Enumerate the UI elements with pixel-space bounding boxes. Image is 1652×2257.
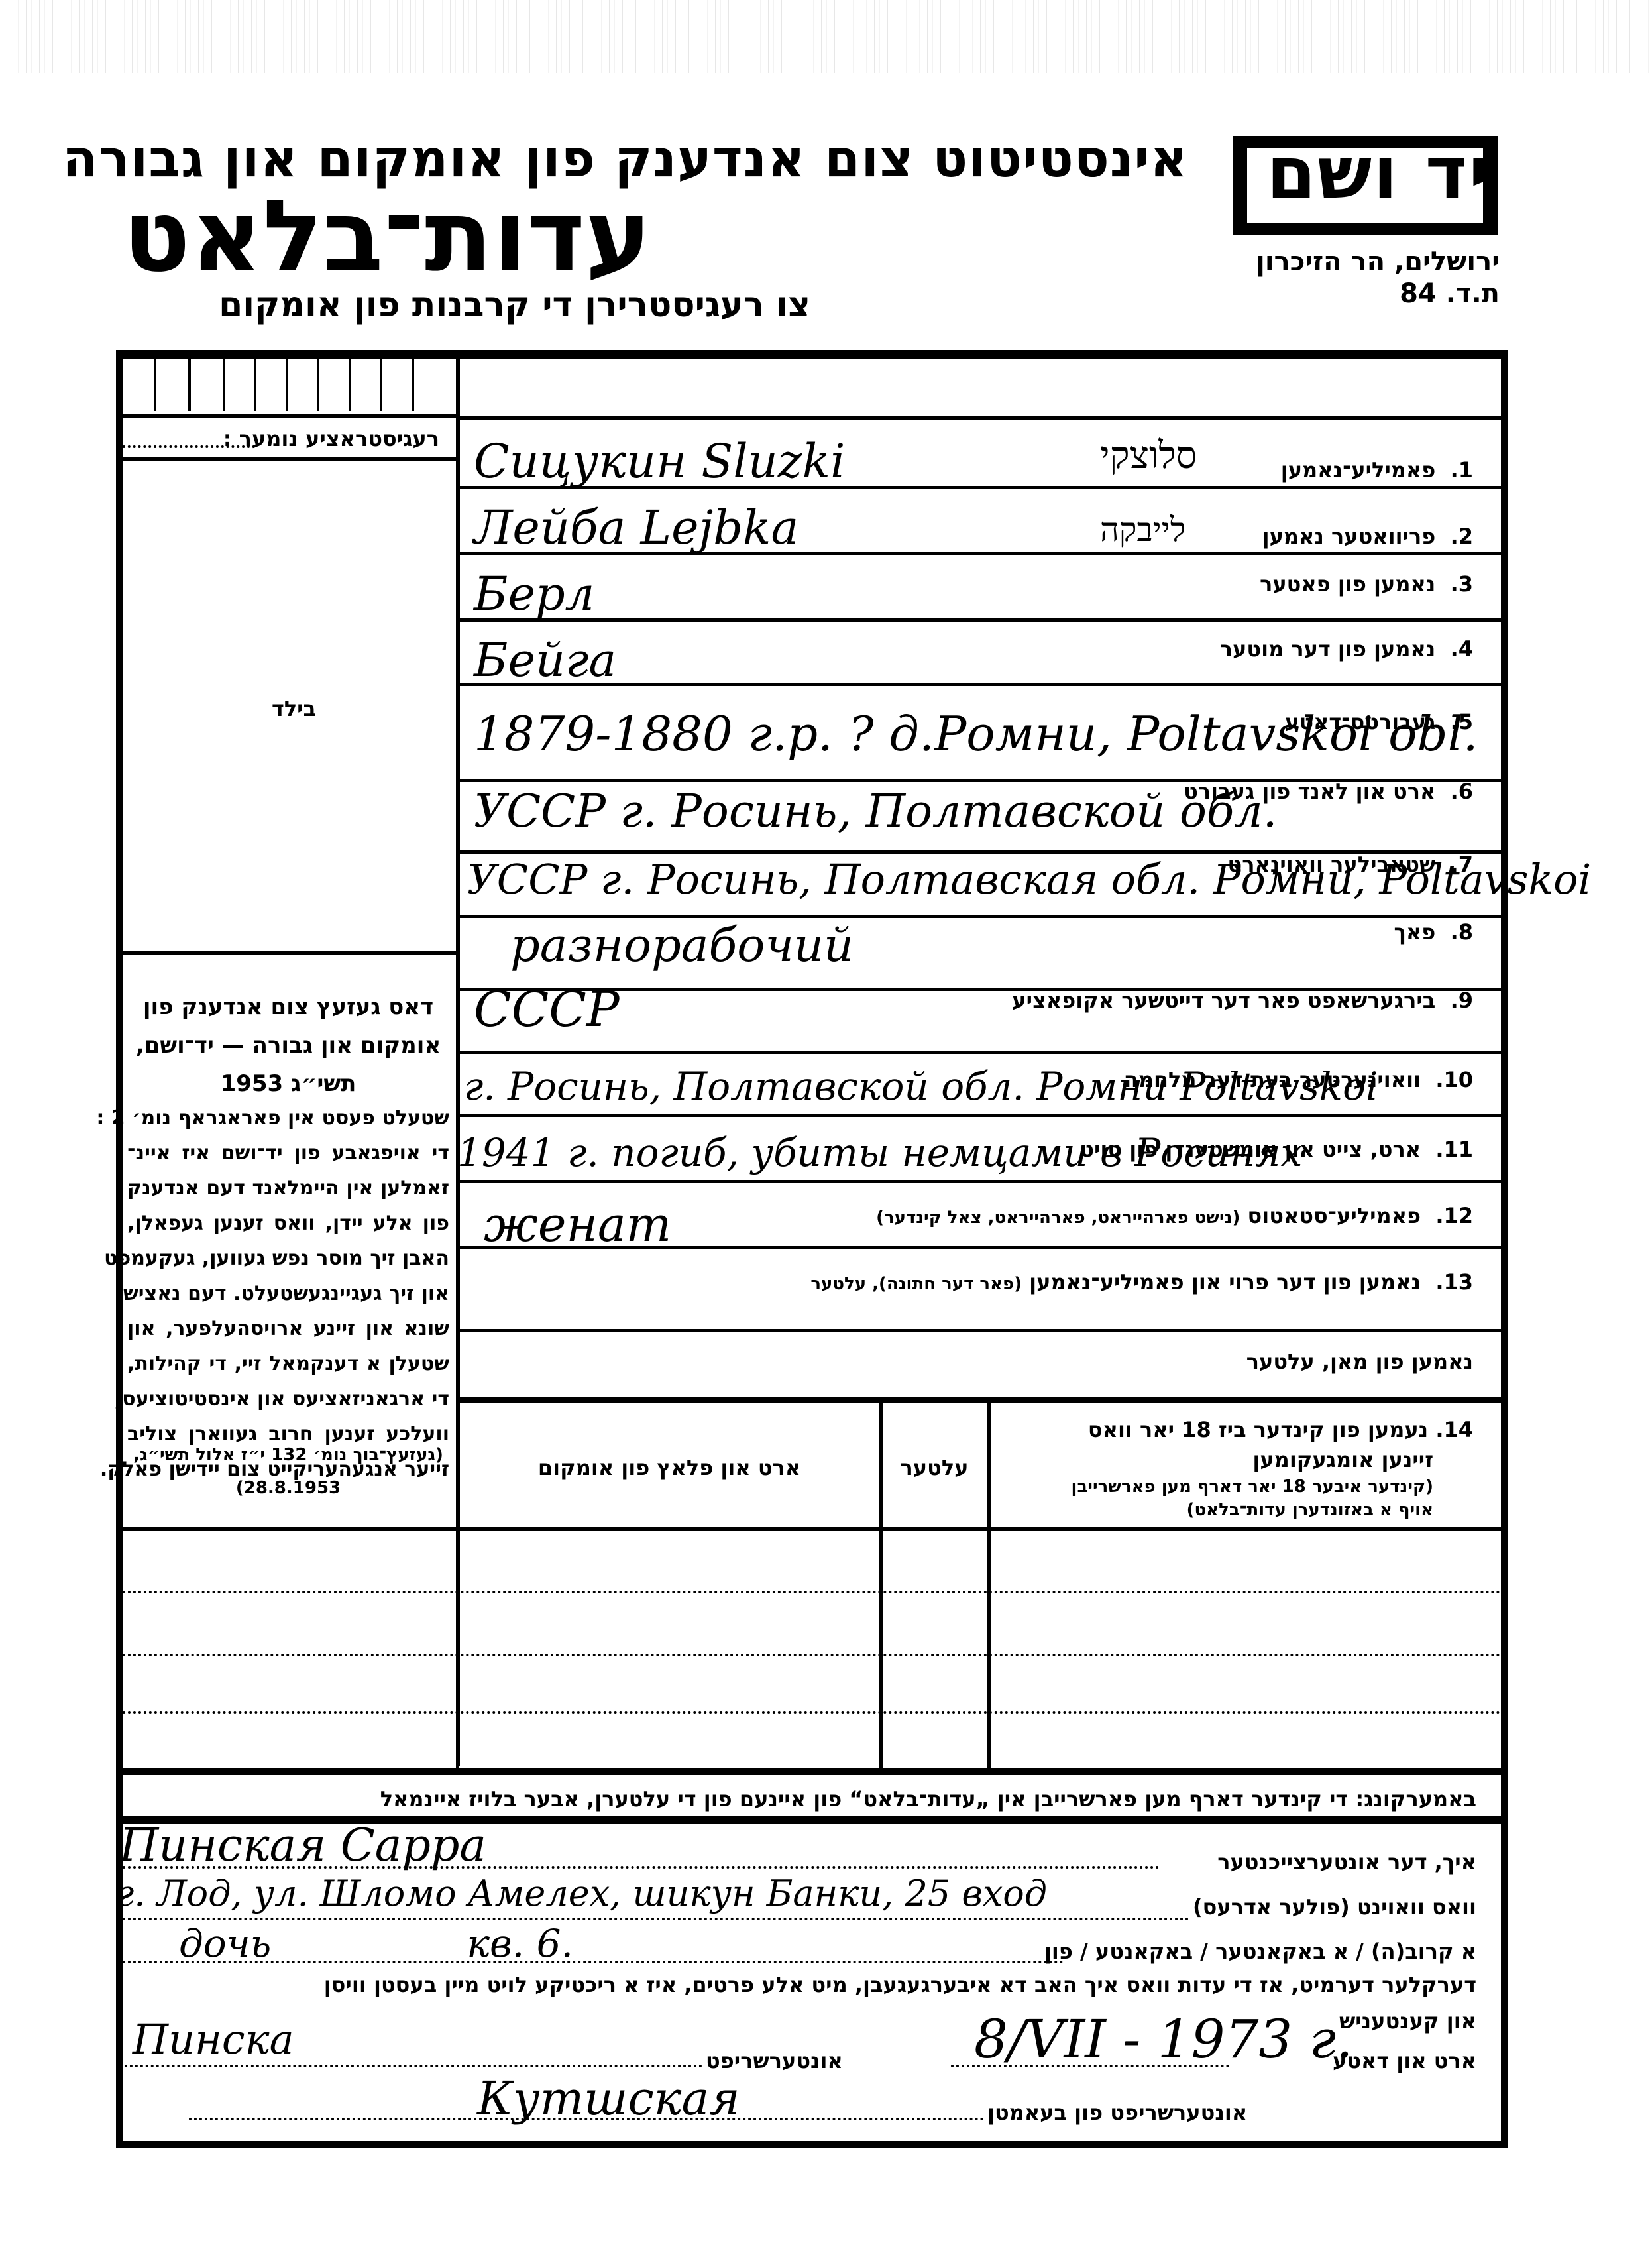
table-header-divider	[119, 1527, 1504, 1531]
field-label-first-name: 2. פריוואטער נאמען	[1262, 524, 1473, 549]
field-label-family-name: 1. פאמיליע־נאמען	[1281, 457, 1473, 483]
law-text-line: האבן זיך מוסר נפש געווען, געקעמפט	[127, 1241, 449, 1276]
law-title: דאס געזעץ צום אנדענק פון אומקום און גבור…	[129, 988, 447, 1103]
signature-line	[119, 2065, 702, 2067]
field-value-first-name[interactable]: Лейба Lejbka	[474, 500, 798, 555]
law-title-line: דאס געזעץ צום אנדענק פון	[129, 988, 447, 1026]
declarant-address-value[interactable]: г. Лод, ул. Шломо Амелех, шикун Банки, 2…	[116, 1873, 1047, 1914]
address-line-1: ירושלים, הר הזיכרון	[1256, 247, 1500, 277]
yad-vashem-logo: יד ושם	[1233, 136, 1498, 235]
divider	[119, 457, 457, 461]
field-value-birth-date[interactable]: 1879-1880 г.р. ? д.Ромни, Poltavskoi obl…	[474, 706, 1478, 762]
row-divider	[457, 1114, 1504, 1117]
row-divider	[457, 416, 1504, 420]
table-row[interactable]	[123, 1533, 1501, 1591]
children-table-body	[123, 1533, 1501, 1771]
field-note-first-name-hebrew: לייבקה	[1100, 510, 1185, 549]
logo-text: יד ושם	[1266, 132, 1491, 215]
field-value-citizenship[interactable]: СССР	[474, 981, 620, 1038]
place-date-label: ארט און דאטע	[1333, 2048, 1476, 2073]
field-label-profession: 8. פאך	[1394, 919, 1473, 945]
declarant-name-value[interactable]: Пинская Сарра	[119, 1820, 486, 1872]
field-value-wartime-residence[interactable]: г. Росинь, Полтавской обл. Ромни Poltavs…	[464, 1064, 1378, 1109]
place-date-value[interactable]: 8/VII - 1973 г.	[974, 2008, 1353, 2070]
col-header-place: ארט און פלאץ פון אומקום	[464, 1455, 875, 1480]
field-label-father-name: 3. נאמען פון פאטער	[1260, 571, 1473, 597]
row-divider	[457, 1180, 1504, 1183]
page-subtitle: צו רעגיסטרירן די קרבנות פון אומקום	[219, 285, 810, 325]
official-signature-value[interactable]: Кутшская	[477, 2071, 740, 2126]
declarant-relation-label: א קרוב(ה) / א באקאנטער / באקאנטע / פון	[1044, 1939, 1476, 1964]
row-divider	[457, 618, 1504, 622]
law-text-line: די אויפגאבע פון יד־ושם איז איינ־	[127, 1135, 449, 1171]
divider	[119, 951, 457, 955]
photo-label: בילד	[272, 696, 316, 721]
note-text: באמערקונג: די קינדער דארף מען פארשרייבן …	[380, 1786, 1476, 1812]
table-row[interactable]	[123, 1714, 1501, 1770]
field-label-mother-name: 4. נאמען פון דער מוטער	[1220, 636, 1473, 662]
declarant-address-label: וואס וואוינט (פולער אדרעס)	[1193, 1894, 1476, 1920]
scan-noise	[0, 0, 1652, 73]
law-text: שטעלט פעסט אין פאראגראף נומ׳ 2 : די אויפ…	[127, 1100, 449, 1487]
declaration-text: דערקלער דערמיט, אז די עדות וואס איך האב …	[324, 1972, 1476, 1997]
row-divider	[457, 1329, 1504, 1332]
signature-label: אונטערשריפט	[706, 2048, 843, 2073]
law-text-line: די ארגאניזאציעס און אינסטיטוציעס,	[127, 1381, 449, 1417]
law-title-line: תשי״ג 1953	[129, 1065, 447, 1103]
registration-number-field[interactable]	[123, 445, 255, 448]
children-header-line2: זיינען אומגעקומען	[1252, 1447, 1433, 1472]
field-value-mother-name[interactable]: Бейга	[474, 633, 616, 687]
page-title: עדות־בלאט	[123, 179, 651, 294]
note-divider-top	[119, 1768, 1504, 1775]
field-value-permanent-residence[interactable]: УССР г. Росинь, Полтавская обл. Ромни, P…	[467, 855, 1591, 903]
declaration-text-2: און קענטעניש	[1339, 2008, 1476, 2034]
field-value-profession[interactable]: разнорабочий	[510, 918, 854, 972]
law-text-line: פון אלע יידן, וואס זענען געפאלן,	[127, 1206, 449, 1241]
declarant-address-line	[123, 1918, 1189, 1920]
table-row[interactable]	[123, 1593, 1501, 1653]
address-line-2: ת.ד. 84	[1400, 278, 1500, 309]
field-note-family-name-hebrew: סלוצקי	[1100, 434, 1197, 477]
divider	[119, 414, 457, 418]
field-value-family-name[interactable]: Сицукин Sluzki	[474, 434, 845, 489]
law-reference: (געזעץ־בוך נומ׳ 132 י״ז אלול תשי״ג,	[129, 1445, 447, 1465]
declarant-relation-value[interactable]: дочь кв. 6.	[179, 1921, 573, 1966]
declarant-name-label: איך, דער אונטערצייכנטער	[1217, 1849, 1476, 1875]
field-value-father-name[interactable]: Берл	[474, 567, 594, 621]
field-label-husband-name: נאמען פון מאן, עלטער	[1246, 1349, 1473, 1374]
table-row[interactable]	[123, 1656, 1501, 1711]
law-text-line: שונא און זיינע ארויסהעלפער, און	[127, 1311, 449, 1346]
law-reference-date: (28.8.1953	[129, 1478, 447, 1498]
col-header-age: עלטער	[888, 1455, 981, 1480]
row-divider	[457, 1397, 1504, 1403]
field-label-citizenship: 9. בירגערשאפט פאר דער דייטשער אקופאציע	[1012, 988, 1473, 1013]
field-value-family-status[interactable]: женат	[484, 1196, 671, 1252]
children-note-line2: אויף א באזונדערן עדות־בלאט)	[1187, 1500, 1433, 1520]
law-text-line: שטעלן א דענקמאל זיי, די קהילות,	[127, 1346, 449, 1381]
signature-value[interactable]: Пинска	[133, 2015, 294, 2063]
row-divider	[457, 1051, 1504, 1054]
law-text-line: און זיך געגיינגעשטעלט. דעם נאציש	[127, 1276, 449, 1311]
law-title-line: אומקום און גבורה — יד־ושם,	[129, 1026, 447, 1065]
field-label-family-status: 12. פאמיליע־סטאטוס (נישט פארהייראט, פארה…	[876, 1203, 1473, 1228]
children-note-line1: (קינדער איבער 18 יאר דארף מען פארשרייבן	[1072, 1477, 1433, 1497]
official-signature-label: אונטערשריפט פון בעאמטן	[987, 2100, 1247, 2125]
law-text-line: זאמלען אין היימלאנד דעם אנדענק	[127, 1171, 449, 1206]
registration-boxes[interactable]	[154, 358, 439, 414]
registration-number-label: רעגיסטראציע נומער :	[223, 426, 439, 451]
law-text-line: שטעלט פעסט אין פאראגראף נומ׳ 2 :	[127, 1100, 449, 1135]
field-value-death-circumstances[interactable]: 1941 г. погиб, убиты немцами в Росинях	[457, 1130, 1302, 1175]
field-label-wife-name: 13. נאמען פון דער פרוי און פאמיליע־נאמען…	[810, 1269, 1473, 1295]
field-value-birth-place[interactable]: УССР г. Росинь, Полтавской обл.	[474, 785, 1277, 838]
children-header: 14. נעמען פון קינדער ביז 18 יאר וואס	[1088, 1417, 1473, 1442]
